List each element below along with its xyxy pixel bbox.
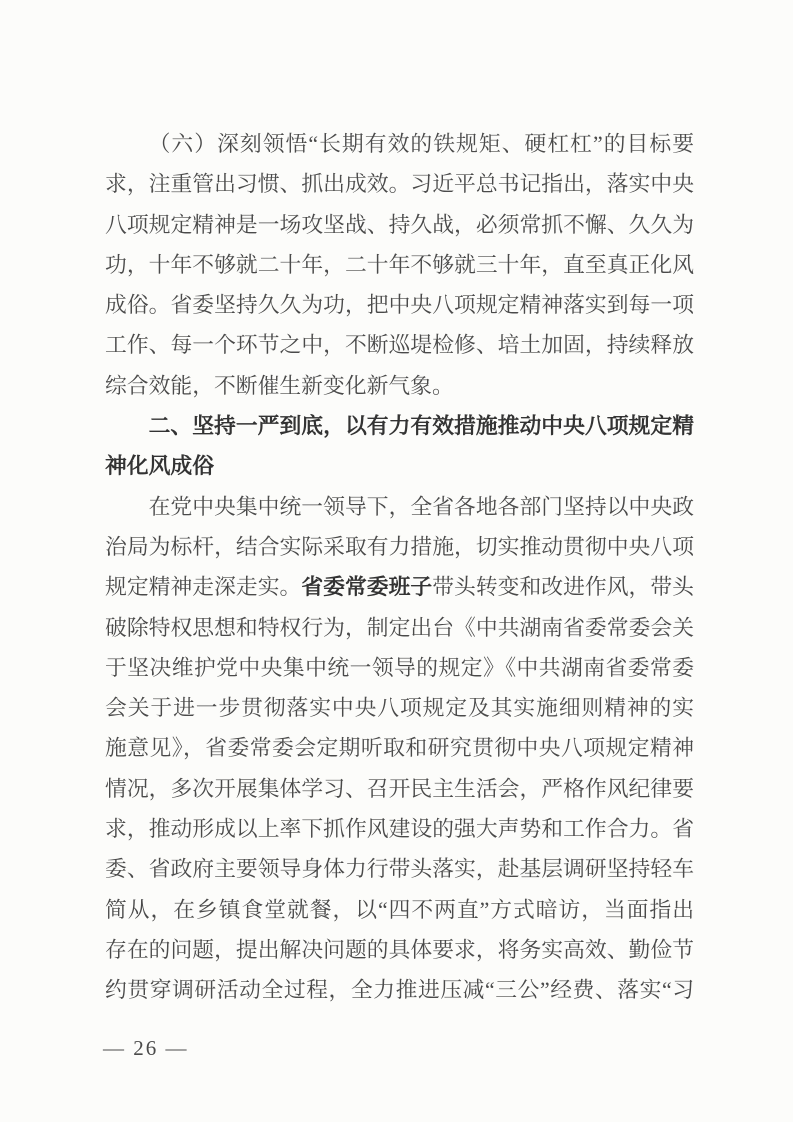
text-line: 存在的问题，提出解决问题的具体要求，将务实高效、勤俭节 — [105, 930, 694, 970]
text-run: 存在的问题，提出解决问题的具体要求，将务实高效、勤俭节 — [105, 938, 694, 962]
text-line: 功，十年不够就二十年，二十年不够就三十年，直至真正化风 — [105, 245, 694, 285]
document-body: （六）深刻领悟“长期有效的铁规矩、硬杠杠”的目标要求，注重管出习惯、抓出成效。习… — [105, 124, 694, 1011]
page-footer: — 26 — — [103, 1034, 189, 1062]
text-run: 带头转变和改进作风，带头 — [432, 575, 694, 599]
page-number: — 26 — — [103, 1036, 189, 1060]
text-run: 施意见》，省委常委会定期听取和研究贯彻中央八项规定精神 — [105, 736, 694, 760]
text-line: 求，注重管出习惯、抓出成效。习近平总书记指出，落实中央 — [105, 164, 694, 204]
text-run: 工作、每一个环节之中，不断巡堤检修、培土加固，持续释放 — [105, 333, 694, 357]
text-run: 委、省政府主要领导身体力行带头落实，赴基层调研坚持轻车 — [105, 857, 694, 881]
text-run: 会关于进一步贯彻落实中央八项规定及其实施细则精神的实 — [105, 696, 694, 720]
text-run: 求，注重管出习惯、抓出成效。习近平总书记指出，落实中央 — [105, 172, 694, 196]
text-line: 会关于进一步贯彻落实中央八项规定及其实施细则精神的实 — [105, 688, 694, 728]
text-run: 约贯穿调研活动全过程，全力推进压减“三公”经费、落实“习 — [105, 978, 694, 1002]
text-line: 治局为标杆，结合实际采取有力措施，切实推动贯彻中央八项 — [105, 527, 694, 567]
text-line: 破除特权思想和特权行为，制定出台《中共湖南省委常委会关 — [105, 608, 694, 648]
text-run: 功，十年不够就二十年，二十年不够就三十年，直至真正化风 — [105, 253, 694, 277]
text-line: 工作、每一个环节之中，不断巡堤检修、培土加固，持续释放 — [105, 325, 694, 365]
emphasis-bold: 省委常委班子 — [301, 574, 432, 599]
text-line: 情况，多次开展集体学习、召开民主生活会，严格作风纪律要 — [105, 769, 694, 809]
text-run: 情况，多次开展集体学习、召开民主生活会，严格作风纪律要 — [105, 777, 694, 801]
document-page: （六）深刻领悟“长期有效的铁规矩、硬杠杠”的目标要求，注重管出习惯、抓出成效。习… — [0, 0, 793, 1122]
text-run: 八项规定精神是一场攻坚战、持久战，必须常抓不懈、久久为 — [105, 213, 694, 237]
text-run: 求，推动形成以上率下抓作风建设的强大声势和工作合力。省 — [105, 817, 694, 841]
paragraph: （六）深刻领悟“长期有效的铁规矩、硬杠杠”的目标要求，注重管出习惯、抓出成效。习… — [105, 124, 694, 406]
text-line: 成俗。省委坚持久久为功，把中央八项规定精神落实到每一项 — [105, 285, 694, 325]
text-run: 综合效能，不断催生新变化新气象。 — [105, 374, 454, 398]
text-line: （六）深刻领悟“长期有效的铁规矩、硬杠杠”的目标要 — [105, 124, 694, 164]
text-run: 治局为标杆，结合实际采取有力措施，切实推动贯彻中央八项 — [105, 535, 694, 559]
text-run: （六）深刻领悟“长期有效的铁规矩、硬杠杠”的目标要 — [149, 132, 694, 156]
text-line: 规定精神走深走实。省委常委班子带头转变和改进作风，带头 — [105, 567, 694, 607]
text-run: 规定精神走深走实。 — [105, 575, 301, 599]
text-line: 于坚决维护党中央集中统一领导的规定》《中共湖南省委常委 — [105, 648, 694, 688]
text-line: 施意见》，省委常委会定期听取和研究贯彻中央八项规定精神 — [105, 728, 694, 768]
text-run: 在党中央集中统一领导下，全省各地各部门坚持以中央政 — [149, 495, 694, 519]
text-run: 神化风成俗 — [105, 453, 214, 478]
text-line: 约贯穿调研活动全过程，全力推进压减“三公”经费、落实“习 — [105, 970, 694, 1010]
text-run: 简从，在乡镇食堂就餐，以“四不两直”方式暗访，当面指出 — [105, 898, 694, 922]
section-heading: 二、坚持一严到底，以有力有效措施推动中央八项规定精神化风成俗 — [105, 406, 694, 487]
text-run: 破除特权思想和特权行为，制定出台《中共湖南省委常委会关 — [105, 616, 694, 640]
text-run: 二、坚持一严到底，以有力有效措施推动中央八项规定精 — [149, 413, 694, 438]
text-line: 委、省政府主要领导身体力行带头落实，赴基层调研坚持轻车 — [105, 849, 694, 889]
text-run: 于坚决维护党中央集中统一领导的规定》《中共湖南省委常委 — [105, 656, 694, 680]
paragraph: 在党中央集中统一领导下，全省各地各部门坚持以中央政治局为标杆，结合实际采取有力措… — [105, 487, 694, 1011]
text-line: 八项规定精神是一场攻坚战、持久战，必须常抓不懈、久久为 — [105, 205, 694, 245]
text-line: 在党中央集中统一领导下，全省各地各部门坚持以中央政 — [105, 487, 694, 527]
text-line: 综合效能，不断催生新变化新气象。 — [105, 366, 694, 406]
text-line: 简从，在乡镇食堂就餐，以“四不两直”方式暗访，当面指出 — [105, 890, 694, 930]
text-line: 求，推动形成以上率下抓作风建设的强大声势和工作合力。省 — [105, 809, 694, 849]
text-line: 神化风成俗 — [105, 446, 694, 486]
text-line: 二、坚持一严到底，以有力有效措施推动中央八项规定精 — [105, 406, 694, 446]
text-run: 成俗。省委坚持久久为功，把中央八项规定精神落实到每一项 — [105, 293, 694, 317]
